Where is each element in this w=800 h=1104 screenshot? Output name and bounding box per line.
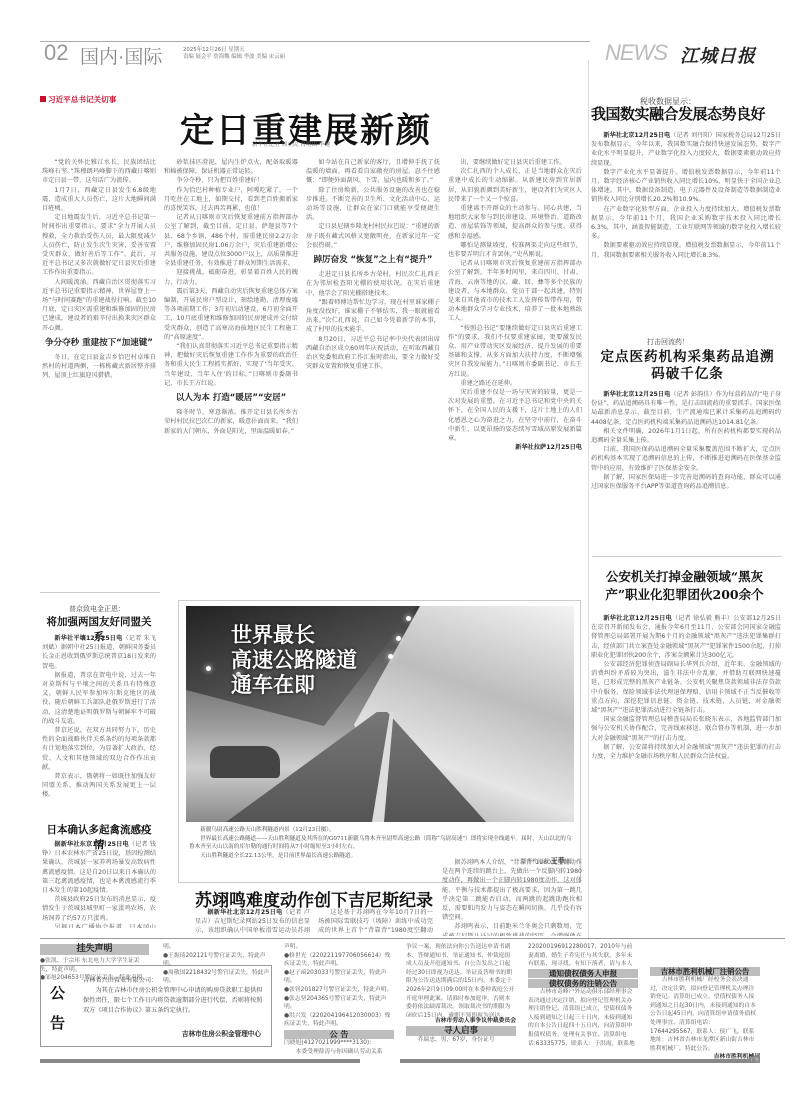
- dateline: 据新华社东京12月25日电: [54, 841, 128, 848]
- paragraph: 相关文件明确，2026年1月1日起，所有医药机构都要实现药品追溯码全量采集上传。: [591, 427, 781, 445]
- paragraph: “党的关怀比雅江水长，民族团结比珠峰石坚。”珠穆朗玛峰脚下的西藏日喀则市定日县一…: [42, 158, 156, 186]
- paragraph: 记者从日喀则市灾后恢复重建前方指挥部办公室了解到，半年多时间里，来自四川、甘肃、…: [448, 259, 582, 323]
- lost-item: 明。: [163, 943, 273, 952]
- lost-notice-col3: 声明。 ●修世光（220221197706056614）残疾证丢失，特此声明。 …: [284, 943, 394, 1056]
- notice-addressee: 吉林省兴田置业有限公司：: [83, 976, 263, 986]
- paragraph: 定日地震发生后，习近平总书记第一时间作出重要指示，要求“全力开展人员搜救，全力救…: [42, 213, 156, 277]
- creditor-text: 吉林市奇峰户外运动俱乐部经理事会表决通过决定注销，拟向登记管理机关办理注销登记。…: [528, 988, 638, 1048]
- notice-body: 为其在吉林市住房公积金管理中心申请的购房贷款职工提供担保性责任，限七个工作日内将…: [83, 986, 263, 1016]
- paragraph: 苏翊鸣表示，目前距米兰冬奥会只剩数周，完成被吉尼斯认证过的极致挑战的经历，会增强…: [442, 922, 582, 936]
- paragraph: 定日县尼辖乡隆龙村村民拉巴说：“重建的新房子既有藏式风格又宽敞明亮，在新家过年一…: [306, 222, 440, 250]
- missing-person-contact: 220200196912280017，2010年与前妻离婚，婚生子乔宪任与其失联…: [528, 943, 638, 969]
- paragraph: 另据日本广播协会报道，日本冈山县、长野县等地近期也确认发现禽流感疫情，这是本近期…: [42, 923, 156, 928]
- notice-text: 吉林省兴田置业有限公司： 为其在吉林市住房公积金管理中心申请的购房贷款职工提供担…: [83, 976, 263, 1016]
- reporter: （记者 彭韵佳）: [670, 391, 715, 398]
- notice-line: 本委受理薛涛与你因确认劳动关系: [284, 1048, 394, 1057]
- paragraph: 数字产业化水平显著提升。增值税发票数据显示，今年前11个月，数字经济核心产业销售…: [591, 168, 781, 205]
- putin-kicker: 普京致电金正恩：: [42, 604, 152, 614]
- reporter: （记者 徐弘毅 熊丰）: [672, 615, 733, 622]
- photo-headline: 世界最长 高速公路隧道 通车在即: [231, 622, 357, 697]
- notice-line: 闫晓旭(41270219​99****3130)：: [284, 1039, 394, 1048]
- photo-feature: 世界最长 高速公路隧道 通车在即 新疆乌尉高速公路天山胜利隧道内景（12月23日…: [178, 600, 581, 883]
- column-tag: 习近平总书记关切事: [40, 94, 116, 105]
- notice-small-header: 公 告: [284, 1030, 394, 1039]
- tunnel-photo: 世界最长 高速公路隧道 通车在即: [186, 606, 574, 822]
- tax-story-body: 新华社北京12月25日电（记者 刘丹阳）国家税务总局12月25日发布数据显示，今…: [591, 131, 781, 326]
- red-square-icon: [40, 96, 46, 102]
- photo-headline-line: 高速公路隧道: [231, 647, 357, 672]
- paragraph: 据苏翊鸣本人介绍，“背靠背”1980度空翻动作是在两个连续的跳台上，先做出一个反…: [442, 858, 582, 922]
- notice-char: 告: [50, 1008, 65, 1038]
- lost-item: 声明。: [284, 943, 394, 952]
- paragraph: 除了住房焕新，公共服务设施的改善也在稳步推进。不断完善的卫生所、文化活动中心、运…: [306, 186, 440, 223]
- paragraph: 冬日，在定日县盆吉乡恰巴村卓堆自然村的村道两侧，一栋栋藏式新居整齐排列，屋顶上红…: [42, 353, 156, 381]
- paragraph: 1月7日，西藏定日县发生6.8级地震，造成重大人员伤亡，这片大地瞬间满目疮痍。: [42, 186, 156, 214]
- photo-caption: 新疆乌尉高速公路天山胜利隧道内景（12月23日摄）。 世界最长高速公路隧道——天…: [189, 826, 572, 860]
- missing-person-header: 寻人启事: [406, 1026, 516, 1036]
- paragraph: 如今站在自己新家的客厅，且增伸手抚了抚温暖的墙面，再看看自家敞亮的房屋，忍不住感…: [306, 158, 440, 186]
- ad-tag-label: 广告: [751, 1057, 759, 1063]
- paragraph: 人间暖流涌。西藏自治区贯彻落实习近平总书记重要指示精神，世界屋脊上一场“与时间赛…: [42, 278, 156, 333]
- section-name: 国内·国际: [80, 42, 162, 69]
- paragraph: 据报道，普京在贺电中说，过去一年对莫斯科与平壤之间的关系具有特殊意义。朝鲜人民军…: [42, 671, 156, 726]
- paragraph: 国家金融监督管理总局稽查局局长张晓东表示，各地监管部门加强与公安机关协作配合，完…: [591, 715, 781, 743]
- paragraph: 争分夺秒，只为把百姓重建好！: [164, 176, 298, 185]
- paragraph: “我们认真贯彻落实习近平总书记重要指示精神，把做好灾后恢复重建工作作为重要的政治…: [164, 342, 298, 388]
- paragraph: 走进定日县长所乡古荣村，村民次仁扎西正在为邻居检查阳光棚的使用状况。在灾后重建中…: [306, 270, 440, 298]
- footer-bar: [40, 1059, 360, 1063]
- dateline: 新华社北京12月25日电: [603, 615, 671, 622]
- lead-end-dateline: 新华社拉萨12月25日电: [448, 443, 582, 452]
- column-divider: [588, 60, 589, 940]
- edition-info: 2025年12月26日 星期五 责编 展会平 詹海魏 编辑 李波 美编 宋云丽: [183, 47, 285, 61]
- housing-fund-notice: 公 告 吉林省兴田置业有限公司： 为其在吉林市住房公积金管理中心申请的购房贷款职…: [40, 965, 272, 1047]
- lost-notice-header: 挂失声明: [40, 944, 149, 955]
- paragraph: “跟着师傅边帮忙边学习，现在村里谁家棚子角度没找好，谁家棚子不够结实，我一眼就能…: [306, 298, 440, 335]
- su-story-col3: 据苏翊鸣本人介绍，“背靠背”1980度空翻动作是在两个连续的跳台上，先做出一个反…: [442, 858, 582, 936]
- photo-headline-line: 通车在即: [231, 672, 357, 697]
- paragraph: 这是基于苏翊鸣在今年10月7日的一场被国际雪联技巧（坡障）训练中成功完成的世界上…: [318, 908, 433, 936]
- creditor-header: 通知债权债务人申报: [528, 969, 638, 978]
- creditor-text-continued: [650, 943, 760, 967]
- su-story-col2: 这是基于苏翊鸣在今年10月7日的一场被国际雪联技巧（坡障）训练中成功完成的世界上…: [318, 908, 433, 936]
- police-story-body: 新华社北京12月25日电（记者 徐弘毅 熊丰）公安部12月25日在京召开新闻发布…: [591, 614, 781, 934]
- reporter: （记者 刘丹阳）: [670, 132, 715, 139]
- arbitration-text: 争议一案，现依法向你公告送达申请书副本、答辩通知书、举证通知书、仲裁庭组成人员及…: [406, 943, 516, 1017]
- tax-headline: 我国数实融合发展态势良好: [591, 103, 765, 124]
- lead-column-2: 砂浆抹匹澄泥，屋内生炉点火，配备取暖器和棉被保障，保证机器正常运转。 争分夺秒，…: [164, 158, 298, 588]
- paragraph: 在产业数字化转型方面，企业投入力度持续加大。增值税发票数据显示，今年前11个月，…: [591, 205, 781, 242]
- lost-item: ●修世光（220221197706056614）残疾证丢失，特此声明。: [284, 952, 394, 969]
- paragraph: 目前，我国医保药品追溯码全量采集覆盖范围不断扩大，定点医药机构基本实现了追溯码信…: [591, 445, 781, 473]
- putin-story-body: 新华社平壤12月25日电（记者 朱飞 刘斌）据朝中社25日报道，朝鲜国务委员长金…: [42, 634, 156, 814]
- lost-item: ●张志坚204365号警官证丢失，特此声明。: [284, 995, 394, 1012]
- paragraph: 记者从日喀则市灾后恢复重建前方指挥部办公室了解到，截至目前，定日县、萨迦县等7个…: [164, 213, 298, 268]
- story-divider: [592, 556, 782, 557]
- lost-item: ●张钊201827号警官证丢失，特此声明。: [284, 986, 394, 995]
- caption-line: 世界最长高速公路隧道——天山胜利隧道及其所在的G0711新疆乌鲁木齐至尉犁高速公…: [189, 835, 572, 852]
- arbitration-signature: 吉林市劳动人事争议仲裁委员会: [406, 1017, 516, 1026]
- ads-divider: [40, 938, 785, 939]
- page-number: 02: [44, 40, 68, 66]
- su-story-col1: 据新华社北京12月25日电（记者 卢星吉）吉尼斯纪录网站25日发布的信息显示，该…: [195, 908, 310, 936]
- column-tag-label: 习近平总书记关切事: [48, 95, 116, 104]
- paragraph: 重建离不开群众的主动参与。同心共建，当地组织大家参与到民房建设、环境整治、道路改…: [448, 204, 582, 241]
- paragraph: 震后第3天，西藏自动灾后恢复重建总体方案编制，开展民房户型设计，刻绘地勘，清理废…: [164, 287, 298, 342]
- lead-column-1: “党的关怀比雅江水长，民族团结比珠峰石坚。”珠穆朗玛峰脚下的西藏日喀则市定日县一…: [42, 158, 156, 381]
- lead-byline: 新华社记者 周立民 白明山 李键: [252, 140, 330, 148]
- lead-subhead: 争分夺秒 重建按下“加速键”: [42, 339, 156, 348]
- dateline: 新华社北京12月25日电: [603, 132, 670, 139]
- photo-headline-line: 世界最长: [231, 622, 357, 647]
- paragraph: 日本农林水产省25日说，基因检测结果确认，茨城县一家养鸡场暴发高致病性禽流感疫情…: [42, 850, 156, 894]
- newspaper-masthead: 江城日报: [680, 42, 756, 68]
- drug-headline: 定点医药机构采集药品追溯码破千亿条: [600, 349, 775, 383]
- paragraph: 灾后重建不仅是一场与灾害的较量，更是一次对发展的重塑。在习近平总书记和党中央的关…: [448, 388, 582, 443]
- paragraph: 作为恰巴村种植专业户，阿嘎吃紧了，一个月吃住在工地上，如期交付，看到老百姓搬新家…: [164, 186, 298, 214]
- car-shape: [210, 746, 280, 778]
- creditor-header: 债权债务的注销公告: [528, 979, 638, 988]
- dateline: 新华社北京12月25日电: [603, 391, 670, 398]
- paragraph: 8月20日，习近平总书记率中央代表团出席西藏自治区成立60周年庆祝活动，在听取西…: [306, 335, 440, 372]
- paragraph: 普京表示，俄朝将一如既往加强友好同盟关系，推动两国关系发展更上一层楼。: [42, 772, 156, 800]
- paragraph: 出，要继续做好定日县灾后重建工作。: [448, 158, 582, 167]
- lead-subhead: 踔厉奋发 “恢复”之上有“提升”: [306, 256, 440, 265]
- dateline: 据新华社北京12月25日电: [207, 909, 282, 916]
- notice-signature: 吉林市住房公积金管理中心: [182, 1028, 261, 1038]
- lead-column-3: 如今站在自己新家的客厅，且增伸手抚了抚温暖的墙面，再看看自家敞亮的房屋，忍不住感…: [306, 158, 440, 588]
- header-rule: [250, 41, 590, 42]
- paragraph: 重建之路还在延伸。: [448, 379, 582, 388]
- factory-header: 吉林市胜利机械厂注销公告: [650, 967, 760, 976]
- lost-item: ●赵子函203033号警官证丢失，特此声明。: [284, 969, 394, 986]
- paragraph: 数据要素驱动效应持续显现。增值税发票数据显示，今年前11个月，我国数据要素相关服…: [591, 241, 781, 259]
- edition-date: 2025年12月26日 星期五: [183, 47, 285, 54]
- dateline: 新华社平壤12月25日电: [54, 635, 122, 642]
- drug-story-body: 新华社北京12月25日电（记者 彭韵佳）作为每盒药品的“电子身份证”，药品追溯码…: [591, 390, 781, 545]
- paragraph: 砂浆抹匹澄泥，屋内生炉点火，配备取暖器和棉被保障，保证机器正常运转。: [164, 158, 298, 176]
- edition-editors: 责编 展会平 詹海魏 编辑 李波 美编 宋云丽: [183, 54, 285, 61]
- paragraph: 据了解，公安部将持续加大对金融领域“黑灰产”违法犯罪的打击力度，全力维护金融市场…: [591, 743, 781, 761]
- paragraph: 茨城县政府25日发布的消息显示，疫情发生于茨城县城里町一家蛋鸡农场，农场饲养了约…: [42, 895, 156, 923]
- arbitration-notice: 争议一案，现依法向你公告送达申请书副本、答辩通知书、举证通知书、仲裁庭组成人员及…: [406, 943, 516, 1044]
- lead-subhead: 以人为本 打造“暖居”“安居”: [164, 394, 298, 403]
- story-divider: [40, 592, 160, 593]
- caption-line: 新疆乌尉高速公路天山胜利隧道内景（12月23日摄）。: [189, 826, 572, 835]
- paragraph: 次仁扎西的个人成长，正是当地群众在灾后重建中成长的生动缩影。从新建民房到宜居新居…: [448, 167, 582, 204]
- paragraph: 据了解，国家医保局进一步完善追溯码的查询功能，群众可以通过国家医保服务平台APP…: [591, 473, 781, 491]
- notice-big-title: 公 告: [50, 978, 65, 1038]
- missing-person-text: 乔瑞忠，男，67岁，身份证号: [406, 1036, 516, 1045]
- creditor-notice: 220200196912280017，2010年与前妻离婚，婚生子乔宪任与其失联…: [528, 943, 638, 1048]
- news-logo: NEWS: [605, 40, 667, 66]
- footer-bar: [400, 1059, 760, 1063]
- paragraph: 哪怕是测量坡度，校准两渠走向这些细节，也非要弄明白才肯罢休。”史丛刚说。: [448, 241, 582, 259]
- lead-column-4: 出，要继续做好定日县灾后重建工作。 次仁扎西的个人成长，正是当地群众在灾后重建中…: [448, 158, 582, 588]
- paragraph: 迎接挑战，砥砺奋进，彰显着百姓人民的魄力、行动力。: [164, 268, 298, 286]
- notice-char: 公: [50, 978, 65, 1008]
- factory-text: 吉林市胜利机械厂经校务会表决通过，决定注销，拟向登记管理机关办理注销登记。清算组…: [650, 976, 760, 1053]
- japan-story-body: 据新华社东京12月25日电（记者 钱铮）日本农林水产省25日说，基因检测结果确认…: [42, 840, 156, 928]
- paragraph: “按照总书记”要继续做好定日县灾后重建工作”的要求，我们不仅要重建家园，更要激发…: [448, 324, 582, 379]
- police-headline: 公安机关打掉金融领域“黑灰产”职业化犯罪团伙200余个: [592, 568, 777, 604]
- lost-item: ●洪兴发（220204196412030003）残疾证丢失，特此声明。: [284, 1012, 394, 1029]
- paragraph: 隆冬时节，寒意渐浓。推开定日县长所乡古荣村村民拉巴次仁的新家，暖意扑面而来。“我…: [164, 408, 298, 436]
- paragraph: 普京还说，在双方共同努力下，历史性的全面战略伙伴关系条约的每项条款都有计划地落实…: [42, 726, 156, 772]
- drug-kicker: 打击回流药！: [647, 337, 689, 347]
- factory-notice: 吉林市胜利机械厂注销公告 吉林市胜利机械厂经校务会表决通过，决定注销，拟向登记管…: [650, 943, 760, 1062]
- paragraph: 公安部经济犯罪侦查局副局长华列兵介绍，近年来，金融领域的消费纠纷矛盾较为突出，滋…: [591, 660, 781, 715]
